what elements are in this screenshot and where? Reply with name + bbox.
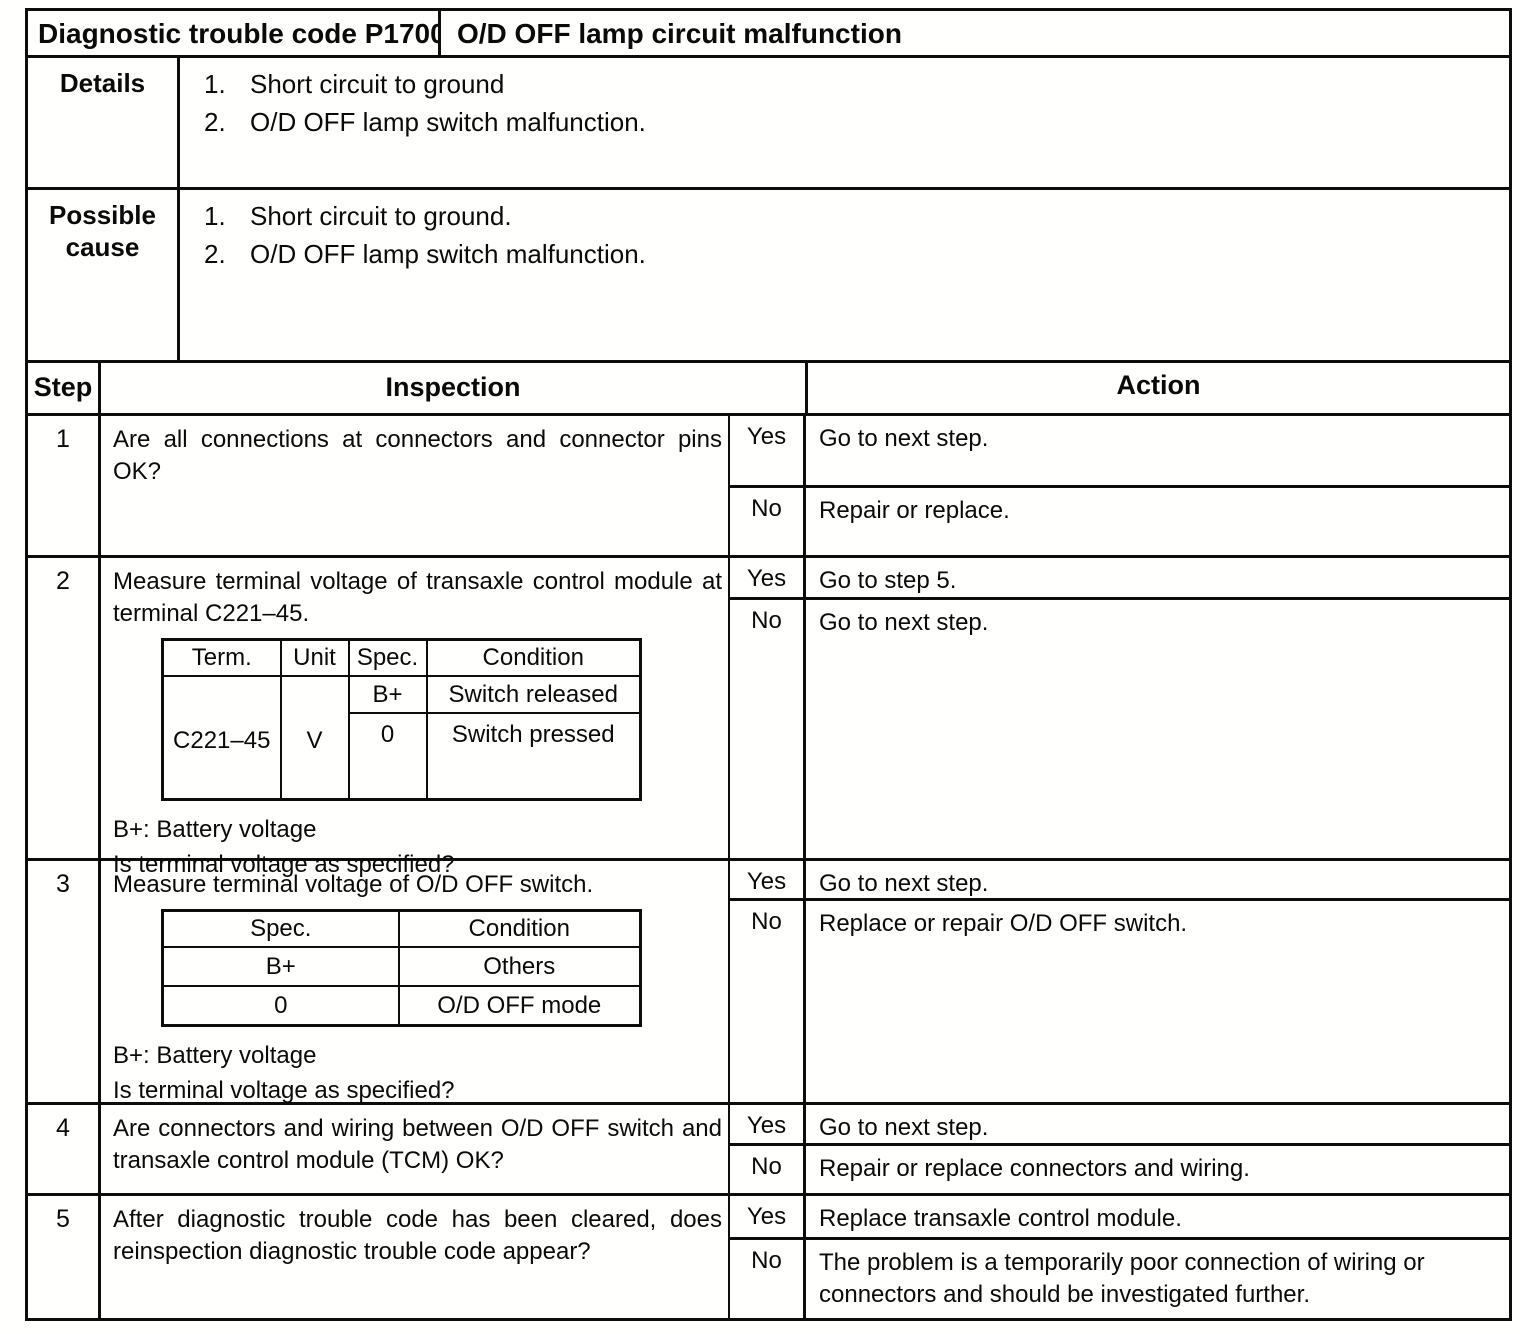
details-row: Details 1. Short circuit to ground 2. O/… bbox=[28, 58, 1509, 190]
spec-table-header-cell: Spec. bbox=[349, 639, 427, 676]
spec-cell: 0 bbox=[349, 713, 427, 799]
inspection-cell: Are all connections at connectors and co… bbox=[101, 416, 730, 555]
condition-cell: Switch pressed bbox=[427, 713, 641, 799]
list-item-text: Short circuit to ground. bbox=[250, 201, 512, 232]
details-label: Details bbox=[28, 58, 180, 187]
spec-table-header-cell: Condition bbox=[427, 639, 641, 676]
no-action: Repair or replace. bbox=[806, 488, 1509, 555]
step-row-4: 4 Are connectors and wiring between O/D … bbox=[28, 1105, 1509, 1196]
dtc-code-label: Diagnostic trouble code P1700 bbox=[28, 11, 441, 55]
list-item: 1. Short circuit to ground. bbox=[204, 201, 1489, 232]
yes-row: Yes Go to next step. bbox=[730, 861, 1509, 901]
list-item-text: O/D OFF lamp switch malfunction. bbox=[250, 107, 646, 138]
battery-voltage-note: B+: Battery voltage bbox=[113, 1040, 722, 1072]
terminal-spec-table: Term. Unit Spec. Condition C221–45 V B+ … bbox=[161, 638, 642, 801]
spec-cell: B+ bbox=[349, 676, 427, 713]
condition-cell: Others bbox=[399, 947, 641, 986]
list-item: 1. Short circuit to ground bbox=[204, 69, 1489, 100]
battery-voltage-note: B+: Battery voltage bbox=[113, 814, 722, 846]
possible-cause-label: Possible cause bbox=[28, 190, 180, 360]
step-row-5: 5 After diagnostic trouble code has been… bbox=[28, 1196, 1509, 1318]
terminal-cell: C221–45 bbox=[163, 676, 281, 799]
list-item: 2. O/D OFF lamp switch malfunction. bbox=[204, 239, 1489, 270]
scanned-manual-page: Diagnostic trouble code P1700 O/D OFF la… bbox=[0, 0, 1520, 1334]
yes-action: Go to next step. bbox=[806, 416, 1509, 485]
yes-row: Yes Go to next step. bbox=[730, 1105, 1509, 1146]
yes-label: Yes bbox=[730, 1196, 806, 1237]
list-item-number: 1. bbox=[204, 69, 250, 100]
inspection-text: After diagnostic trouble code has been c… bbox=[113, 1204, 722, 1268]
no-label: No bbox=[730, 600, 806, 858]
spec-table-header-cell: Condition bbox=[399, 910, 641, 947]
column-header-action: Action bbox=[808, 363, 1509, 413]
inspection-question: Is terminal voltage as specified? bbox=[113, 1075, 722, 1107]
no-action: Repair or replace connectors and wiring. bbox=[806, 1146, 1509, 1193]
column-header-inspection: Inspection bbox=[101, 363, 808, 413]
details-list: 1. Short circuit to ground 2. O/D OFF la… bbox=[180, 58, 1509, 187]
no-action: Go to next step. bbox=[806, 600, 1509, 858]
spec-table-header-row: Spec. Condition bbox=[163, 910, 641, 947]
yes-action: Go to next step. bbox=[806, 861, 1509, 898]
spec-table-header-cell: Spec. bbox=[163, 910, 399, 947]
step-number: 2 bbox=[28, 558, 101, 858]
no-action: The problem is a temporarily poor connec… bbox=[806, 1240, 1509, 1318]
condition-cell: Switch released bbox=[427, 676, 641, 713]
step-row-2: 2 Measure terminal voltage of transaxle … bbox=[28, 558, 1509, 861]
inspection-cell: Are connectors and wiring between O/D OF… bbox=[101, 1105, 730, 1193]
yes-row: Yes Replace transaxle control module. bbox=[730, 1196, 1509, 1240]
no-action: Replace or repair O/D OFF switch. bbox=[806, 901, 1509, 1102]
steps-header-row: Step Inspection Action bbox=[28, 363, 1509, 416]
step-row-1: 1 Are all connections at connectors and … bbox=[28, 416, 1509, 558]
inspection-cell: After diagnostic trouble code has been c… bbox=[101, 1196, 730, 1318]
no-label: No bbox=[730, 901, 806, 1102]
spec-table-header-row: Term. Unit Spec. Condition bbox=[163, 639, 641, 676]
inspection-text: Are connectors and wiring between O/D OF… bbox=[113, 1113, 722, 1177]
column-header-step: Step bbox=[28, 363, 101, 413]
inspection-cell: Measure terminal voltage of O/D OFF swit… bbox=[101, 861, 730, 1102]
spec-table-row: B+ Others bbox=[163, 947, 641, 986]
action-cell-group: Yes Go to next step. No Repair or replac… bbox=[730, 416, 1509, 555]
yes-row: Yes Go to step 5. bbox=[730, 558, 1509, 600]
step-number: 1 bbox=[28, 416, 101, 555]
dtc-header-row: Diagnostic trouble code P1700 O/D OFF la… bbox=[28, 11, 1509, 58]
inspection-text: Measure terminal voltage of O/D OFF swit… bbox=[113, 869, 722, 901]
condition-cell: O/D OFF mode bbox=[399, 986, 641, 1025]
no-label: No bbox=[730, 1146, 806, 1193]
action-cell-group: Yes Go to next step. No Replace or repai… bbox=[730, 861, 1509, 1102]
switch-spec-table: Spec. Condition B+ Others 0 O/D OFF mode bbox=[161, 909, 642, 1027]
inspection-text: Are all connections at connectors and co… bbox=[113, 424, 722, 488]
no-label: No bbox=[730, 488, 806, 555]
list-item-text: Short circuit to ground bbox=[250, 69, 504, 100]
yes-action: Go to step 5. bbox=[806, 558, 1509, 597]
step-number: 5 bbox=[28, 1196, 101, 1318]
spec-table-row: 0 O/D OFF mode bbox=[163, 986, 641, 1025]
unit-cell: V bbox=[281, 676, 349, 799]
list-item-number: 2. bbox=[204, 239, 250, 270]
yes-label: Yes bbox=[730, 1105, 806, 1143]
step-number: 3 bbox=[28, 861, 101, 1102]
yes-action: Go to next step. bbox=[806, 1105, 1509, 1143]
spec-table-header-cell: Unit bbox=[281, 639, 349, 676]
yes-label: Yes bbox=[730, 861, 806, 898]
dtc-title: O/D OFF lamp circuit malfunction bbox=[441, 11, 1509, 55]
list-item-number: 1. bbox=[204, 201, 250, 232]
yes-row: Yes Go to next step. bbox=[730, 416, 1509, 488]
step-row-3: 3 Measure terminal voltage of O/D OFF sw… bbox=[28, 861, 1509, 1105]
list-item-number: 2. bbox=[204, 107, 250, 138]
list-item: 2. O/D OFF lamp switch malfunction. bbox=[204, 107, 1489, 138]
possible-cause-list: 1. Short circuit to ground. 2. O/D OFF l… bbox=[180, 190, 1509, 360]
inspection-cell: Measure terminal voltage of transaxle co… bbox=[101, 558, 730, 858]
spec-table-row: C221–45 V B+ Switch released bbox=[163, 676, 641, 713]
dtc-document-table: Diagnostic trouble code P1700 O/D OFF la… bbox=[25, 8, 1512, 1321]
yes-label: Yes bbox=[730, 558, 806, 597]
action-cell-group: Yes Go to step 5. No Go to next step. bbox=[730, 558, 1509, 858]
yes-action: Replace transaxle control module. bbox=[806, 1196, 1509, 1237]
no-row: No Repair or replace. bbox=[730, 488, 1509, 555]
no-label: No bbox=[730, 1240, 806, 1318]
step-number: 4 bbox=[28, 1105, 101, 1193]
yes-label: Yes bbox=[730, 416, 806, 485]
no-row: No Go to next step. bbox=[730, 600, 1509, 858]
spec-cell: 0 bbox=[163, 986, 399, 1025]
action-cell-group: Yes Replace transaxle control module. No… bbox=[730, 1196, 1509, 1318]
action-cell-group: Yes Go to next step. No Repair or replac… bbox=[730, 1105, 1509, 1193]
no-row: No Repair or replace connectors and wiri… bbox=[730, 1146, 1509, 1193]
no-row: No Replace or repair O/D OFF switch. bbox=[730, 901, 1509, 1102]
no-row: No The problem is a temporarily poor con… bbox=[730, 1240, 1509, 1318]
possible-cause-row: Possible cause 1. Short circuit to groun… bbox=[28, 190, 1509, 363]
spec-cell: B+ bbox=[163, 947, 399, 986]
inspection-text: Measure terminal voltage of transaxle co… bbox=[113, 566, 722, 630]
list-item-text: O/D OFF lamp switch malfunction. bbox=[250, 239, 646, 270]
spec-table-header-cell: Term. bbox=[163, 639, 281, 676]
